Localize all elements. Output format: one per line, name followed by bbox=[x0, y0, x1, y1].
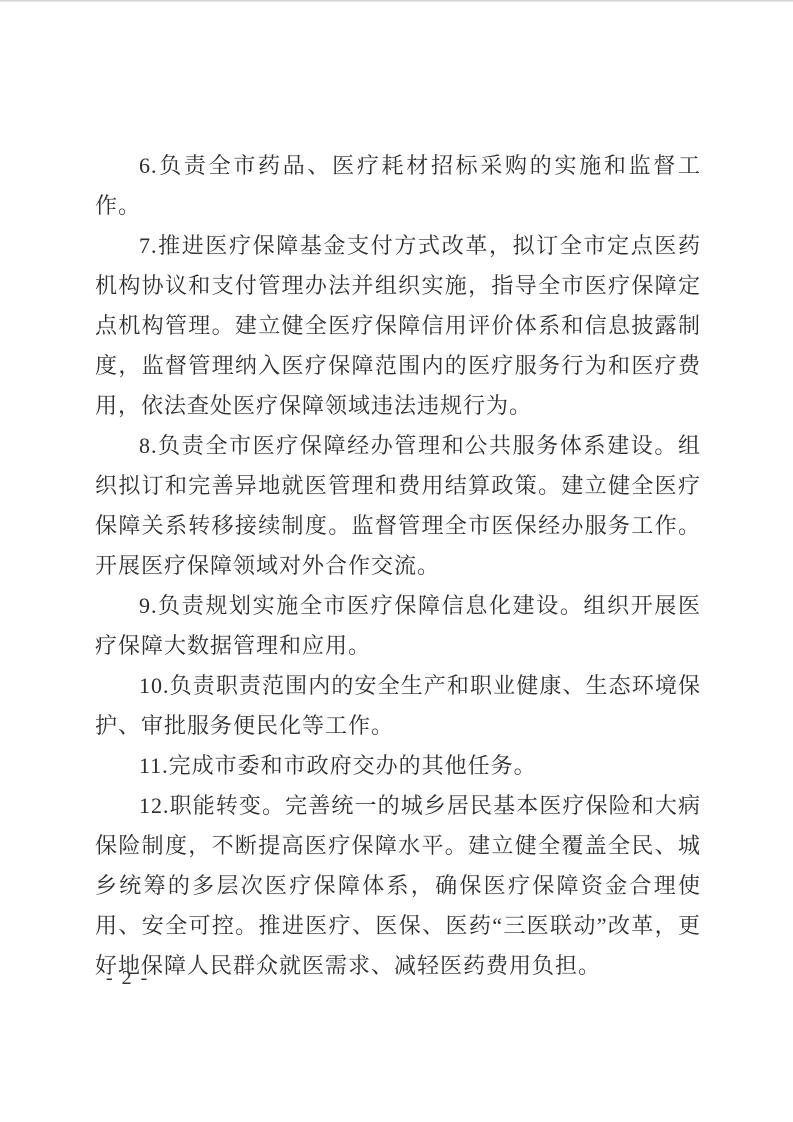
document-page: 6.负责全市药品、医疗耗材招标采购的实施和监督工作。 7.推进医疗保障基金支付方… bbox=[0, 0, 793, 1122]
paragraph-item-9: 9.负责规划实施全市医疗保障信息化建设。组织开展医疗保障大数据管理和应用。 bbox=[95, 586, 701, 666]
document-body: 6.负责全市药品、医疗耗材招标采购的实施和监督工作。 7.推进医疗保障基金支付方… bbox=[95, 146, 701, 986]
paragraph-item-10: 10.负责职责范围内的安全生产和职业健康、生态环境保护、审批服务便民化等工作。 bbox=[95, 666, 701, 746]
scan-top-edge bbox=[0, 0, 793, 2]
page-number: - 2 - bbox=[106, 967, 149, 990]
paragraph-item-8: 8.负责全市医疗保障经办管理和公共服务体系建设。组织拟订和完善异地就医管理和费用… bbox=[95, 426, 701, 586]
paragraph-item-6: 6.负责全市药品、医疗耗材招标采购的实施和监督工作。 bbox=[95, 146, 701, 226]
paragraph-item-12: 12.职能转变。完善统一的城乡居民基本医疗保险和大病保险制度，不断提高医疗保障水… bbox=[95, 786, 701, 986]
paragraph-item-11: 11.完成市委和市政府交办的其他任务。 bbox=[95, 746, 701, 786]
paragraph-item-7: 7.推进医疗保障基金支付方式改革，拟订全市定点医药机构协议和支付管理办法并组织实… bbox=[95, 226, 701, 426]
